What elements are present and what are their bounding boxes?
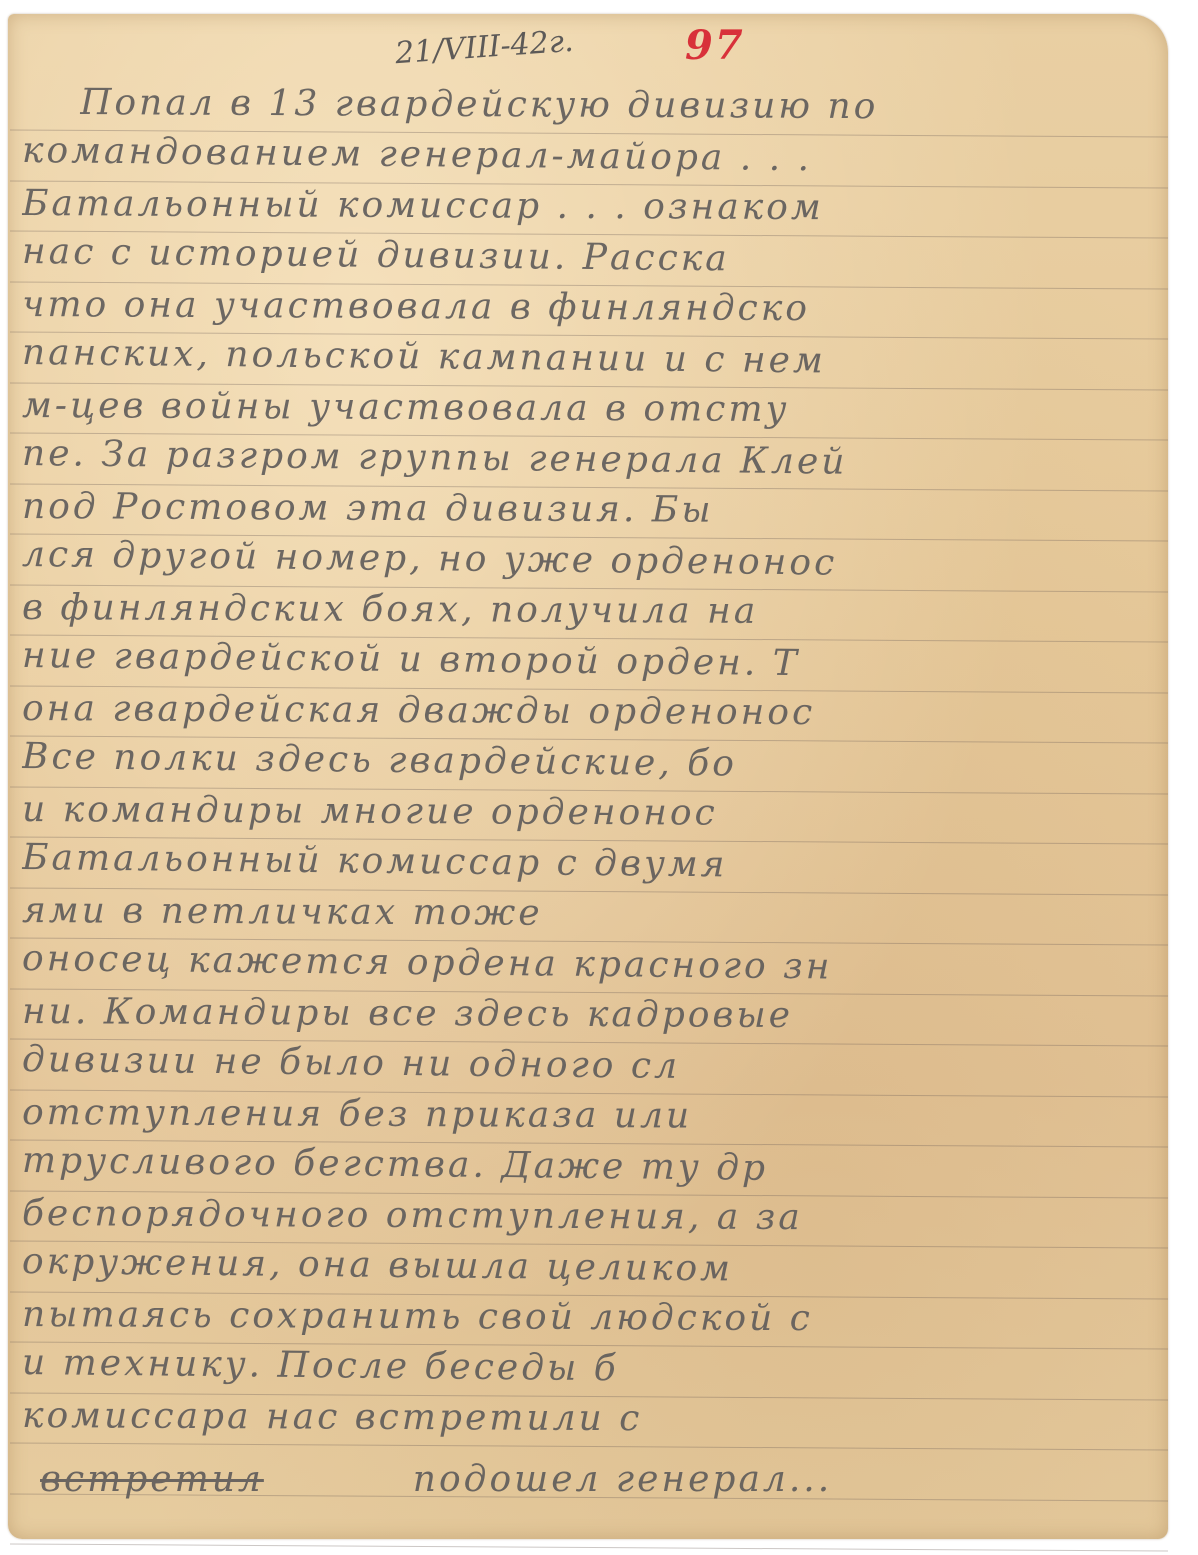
struck-word: встретил [40,1459,264,1500]
last-line-text: подошел генерал... [413,1459,832,1500]
text-line: ни. Командиры все здесь кадровые [22,991,1162,1038]
text-line: беспорядочного отступления, а за [22,1193,1162,1240]
text-line: и командиры многие орденонос [22,789,1162,836]
text-line: Батальонный комиссар . . . ознаком [22,183,1162,230]
text-line: в финляндских боях, получила на [22,587,1162,634]
text-line: комиссара нас встретили с [22,1395,1162,1442]
text-line: под Ростовом эта дивизия. Бы [22,486,1162,533]
text-line: она гвардейская дважды орденонос [22,688,1162,735]
text-line: Попал в 13 гвардейскую дивизию по [80,82,1198,129]
text-line: что она участвовала в финляндско [22,284,1162,331]
last-line: встретил подошел генерал... [40,1459,1180,1500]
ruling-line [10,1543,1168,1551]
page-number: 97 [685,22,745,69]
text-line: отступления без приказа или [22,1092,1162,1139]
text-line: м-цев войны участвовала в отсту [22,385,1162,432]
text-line: пытаясь сохранить свой людской с [22,1294,1162,1341]
text-line: ями в петличках тоже [22,890,1162,937]
